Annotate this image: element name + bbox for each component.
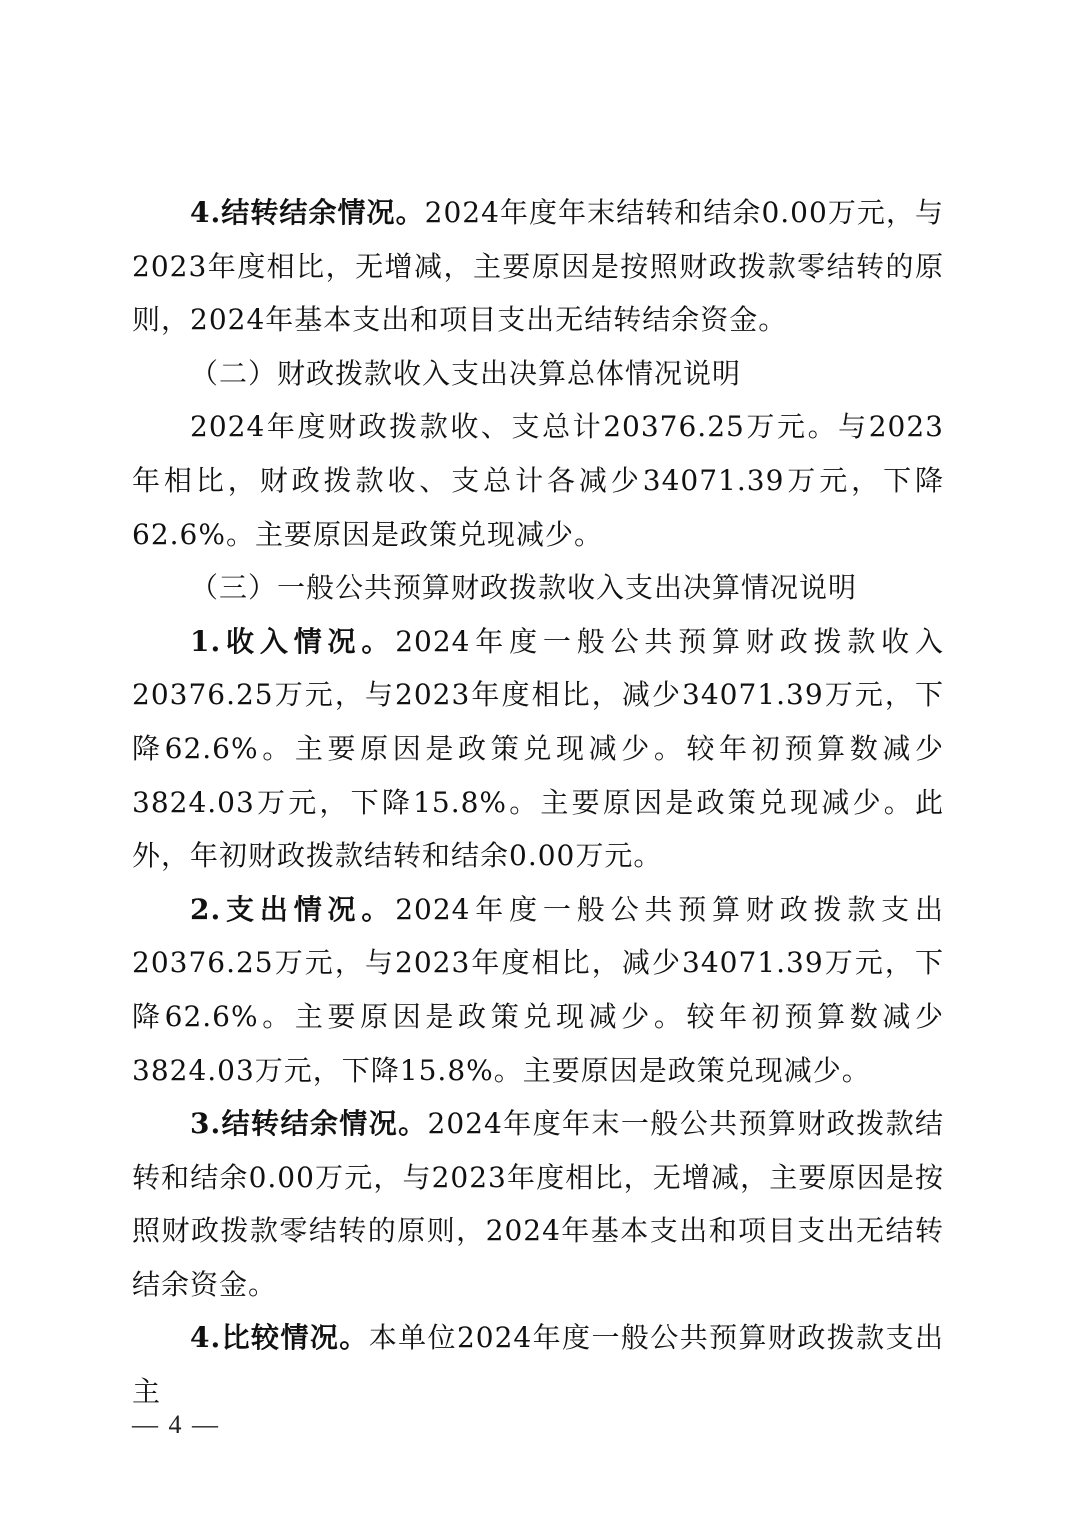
section-heading-3: （三）一般公共预算财政拨款收入支出决算情况说明 <box>132 561 944 615</box>
paragraph-carryover-balance: 4.结转结余情况。2024年度年末结转和结余0.00万元，与2023年度相比，无… <box>132 186 944 347</box>
paragraph-comparison: 4.比较情况。本单位2024年度一般公共预算财政拨款支出主 <box>132 1311 944 1418</box>
paragraph-lead: 3.结转结余情况。 <box>190 1107 428 1140</box>
paragraph-lead: 1.收入情况。 <box>190 625 395 658</box>
paragraph-lead: 2.支出情况。 <box>190 893 395 926</box>
paragraph-text: 2024年度财政拨款收、支总计20376.25万元。与2023年相比，财政拨款收… <box>132 410 944 550</box>
paragraph-lead: 4.结转结余情况。 <box>190 196 425 229</box>
paragraph-income: 1.收入情况。2024年度一般公共预算财政拨款收入20376.25万元，与202… <box>132 615 944 883</box>
paragraph-expenditure: 2.支出情况。2024年度一般公共预算财政拨款支出20376.25万元，与202… <box>132 883 944 1097</box>
paragraph-lead: 4.比较情况。 <box>190 1321 369 1354</box>
paragraph-text: 2024年度一般公共预算财政拨款收入20376.25万元，与2023年度相比，减… <box>132 625 944 872</box>
paragraph-fiscal-total: 2024年度财政拨款收、支总计20376.25万元。与2023年相比，财政拨款收… <box>132 400 944 561</box>
paragraph-general-carryover: 3.结转结余情况。2024年度年末一般公共预算财政拨款结转和结余0.00万元，与… <box>132 1097 944 1311</box>
section-heading-2: （二）财政拨款收入支出决算总体情况说明 <box>132 347 944 401</box>
page-number: — 4 — <box>132 1410 220 1440</box>
document-page: 4.结转结余情况。2024年度年末结转和结余0.00万元，与2023年度相比，无… <box>132 186 944 1419</box>
